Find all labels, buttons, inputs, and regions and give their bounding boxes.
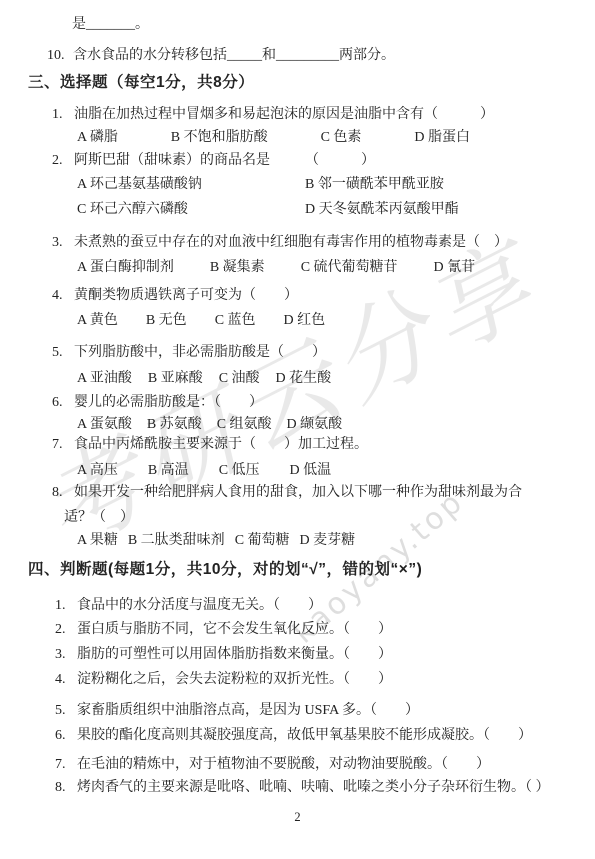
s3-question-8-stem-line2: 适？（ ） (64, 509, 134, 527)
option: C 色素 (321, 129, 362, 147)
s3-question-4-options: A 黄色 B 无色 C 蓝色 D 红色 (77, 312, 325, 330)
option: C 硫代葡萄糖苷 (301, 259, 398, 277)
option: C 蓝色 (215, 312, 256, 330)
question-number: 10. (47, 47, 73, 65)
option: A 蛋氨酸 (77, 416, 132, 434)
option: D 氰苷 (434, 259, 476, 277)
s4-item-3: 3. 脂肪的可塑性可以用固体脂肪指数来衡量。（ ） (55, 646, 392, 664)
option: A 磷脂 (77, 129, 118, 147)
s4-item-5: 5. 家畜脂质组织中油脂溶点高，是因为 USFA 多。（ ） (55, 702, 419, 720)
question-stem: 未煮熟的蚕豆中存在的对血液中红细胞有毒害作用的植物毒素是（ ） (74, 234, 508, 252)
s4-item-6: 6. 果胶的酯化度高则其凝胶强度高，故低甲氧基果胶不能形成凝胶。（ ） (55, 727, 532, 745)
s4-item-8: 8. 烤肉香气的主要来源是吡咯、吡喃、呋喃、吡嗪之类小分子杂环衍生物。（ ） (55, 779, 550, 797)
item-number: 4. (55, 671, 77, 689)
option: A 高压 (77, 462, 118, 480)
item-number: 8. (55, 779, 77, 797)
s3-question-1-options: A 磷脂 B 不饱和脂肪酸 C 色素 D 脂蛋白 (77, 129, 470, 147)
fill-blank-continuation: 是_______。 (72, 16, 149, 34)
item-text: 淀粉糊化之后，会失去淀粉粒的双折光性。（ ） (77, 671, 392, 689)
item-number: 3. (55, 646, 77, 664)
s3-question-8-options: A 果糖 B 二肽类甜味剂 C 葡萄糖 D 麦芽糖 (77, 532, 355, 550)
option: B 无色 (146, 312, 187, 330)
option: A 黄色 (77, 312, 118, 330)
s3-question-5-options: A 亚油酸 B 亚麻酸 C 油酸 D 花生酸 (77, 370, 331, 388)
option: B 二肽类甜味剂 (128, 532, 225, 550)
s4-item-4: 4. 淀粉糊化之后，会失去淀粉粒的双折光性。（ ） (55, 671, 392, 689)
option: B 凝集素 (210, 259, 265, 277)
s3-question-7-options: A 高压 B 高温 C 低压 D 低温 (77, 462, 331, 480)
option: D 低温 (290, 462, 332, 480)
page-number: 2 (0, 810, 595, 825)
s3-question-7: 7. 食品中丙烯酰胺主要来源于（ ）加工过程。 (52, 436, 368, 454)
item-text: 家畜脂质组织中油脂溶点高，是因为 USFA 多。（ ） (77, 702, 419, 720)
question-number: 1. (52, 106, 74, 124)
item-text: 烤肉香气的主要来源是吡咯、吡喃、呋喃、吡嗪之类小分子杂环衍生物。（ ） (77, 779, 550, 797)
s3-question-3: 3. 未煮熟的蚕豆中存在的对血液中红细胞有毒害作用的植物毒素是（ ） (52, 234, 508, 252)
section3-heading: 三、选择题（每空1分，共8分） (28, 74, 254, 92)
s3-question-6-options: A 蛋氨酸 B 苏氨酸 C 组氨酸 D 缬氨酸 (77, 416, 342, 434)
question-stem: 食品中丙烯酰胺主要来源于（ ）加工过程。 (74, 436, 368, 454)
item-text: 蛋白质与脂肪不同，它不会发生氧化反应。（ ） (77, 621, 392, 639)
item-text: 果胶的酯化度高则其凝胶强度高，故低甲氧基果胶不能形成凝胶。（ ） (77, 727, 532, 745)
option: D 红色 (284, 312, 326, 330)
s4-item-7: 7. 在毛油的精炼中，对于植物油不要脱酸，对动物油要脱酸。（ ） (55, 756, 490, 774)
s3-question-2: 2. 阿斯巴甜（甜味素）的商品名是 （ ） (52, 152, 375, 170)
question-number: 7. (52, 436, 74, 454)
option: A 亚油酸 (77, 370, 132, 388)
s3-question-6: 6. 婴儿的必需脂肪酸是：（ ） (52, 394, 263, 412)
item-number: 5. (55, 702, 77, 720)
question-stem: 婴儿的必需脂肪酸是：（ ） (74, 394, 263, 412)
item-number: 6. (55, 727, 77, 745)
option: D 缬氨酸 (287, 416, 343, 434)
section4-heading: 四、判断题(每题1分，共10分，对的划“√”，错的划“×”) (28, 561, 422, 579)
option: B 苏氨酸 (147, 416, 202, 434)
item-text: 在毛油的精炼中，对于植物油不要脱酸，对动物油要脱酸。（ ） (77, 756, 490, 774)
question-stem: 黄酮类物质遇铁离子可变为（ ） (74, 287, 298, 305)
option: B 不饱和脂肪酸 (171, 129, 268, 147)
question-number: 2. (52, 152, 74, 170)
s3-question-3-options: A 蛋白酶抑制剂 B 凝集素 C 硫代葡萄糖苷 D 氰苷 (77, 259, 475, 277)
option: D 麦芽糖 (300, 532, 356, 550)
question-number: 6. (52, 394, 74, 412)
question-number: 8. (52, 484, 74, 502)
s3-question-8: 8. 如果开发一种给肥胖病人食用的甜食，加入以下哪一种作为甜味剂最为合 (52, 484, 522, 502)
s4-item-2: 2. 蛋白质与脂肪不同，它不会发生氧化反应。（ ） (55, 621, 392, 639)
question-number: 5. (52, 344, 74, 362)
option: C 环己六醇六磷酸 (77, 201, 305, 219)
s3-question-2-options-row1: A 环己基氨基磺酸钠 B 邻一磺酰苯甲酰亚胺 (77, 176, 444, 194)
question-text: 含水食品的水分转移包括_____和_________两部分。 (73, 47, 395, 65)
s4-item-1: 1. 食品中的水分活度与温度无关。（ ） (55, 597, 322, 615)
s3-question-1: 1. 油脂在加热过程中冒烟多和易起泡沫的原因是油脂中含有（ ） (52, 106, 494, 124)
item-text: 脂肪的可塑性可以用固体脂肪指数来衡量。（ ） (77, 646, 392, 664)
question-number: 4. (52, 287, 74, 305)
option: A 蛋白酶抑制剂 (77, 259, 174, 277)
option: B 邻一磺酰苯甲酰亚胺 (305, 176, 444, 194)
item-text: 食品中的水分活度与温度无关。（ ） (77, 597, 322, 615)
option: C 油酸 (219, 370, 260, 388)
option: A 环己基氨基磺酸钠 (77, 176, 305, 194)
option: A 果糖 (77, 532, 118, 550)
option: D 花生酸 (276, 370, 332, 388)
s3-question-2-options-row2: C 环己六醇六磷酸 D 天冬氨酰苯丙氨酸甲酯 (77, 201, 459, 219)
question-number: 3. (52, 234, 74, 252)
question-10: 10. 含水食品的水分转移包括_____和_________两部分。 (47, 47, 395, 65)
option: C 组氨酸 (217, 416, 272, 434)
item-number: 7. (55, 756, 77, 774)
item-number: 2. (55, 621, 77, 639)
question-stem: 阿斯巴甜（甜味素）的商品名是 （ ） (74, 152, 375, 170)
s3-question-4: 4. 黄酮类物质遇铁离子可变为（ ） (52, 287, 298, 305)
exam-page: 考研云分享 kaoyany.top 是_______。 10. 含水食品的水分转… (0, 0, 595, 859)
option: C 低压 (219, 462, 260, 480)
item-number: 1. (55, 597, 77, 615)
option: C 葡萄糖 (235, 532, 290, 550)
option: B 高温 (148, 462, 189, 480)
s3-question-5: 5. 下列脂肪酸中，非必需脂肪酸是（ ） (52, 344, 326, 362)
option: D 脂蛋白 (414, 129, 470, 147)
question-stem: 油脂在加热过程中冒烟多和易起泡沫的原因是油脂中含有（ ） (74, 106, 494, 124)
option: B 亚麻酸 (148, 370, 203, 388)
question-stem: 下列脂肪酸中，非必需脂肪酸是（ ） (74, 344, 326, 362)
question-stem: 如果开发一种给肥胖病人食用的甜食，加入以下哪一种作为甜味剂最为合 (74, 484, 522, 502)
option: D 天冬氨酰苯丙氨酸甲酯 (305, 201, 459, 219)
